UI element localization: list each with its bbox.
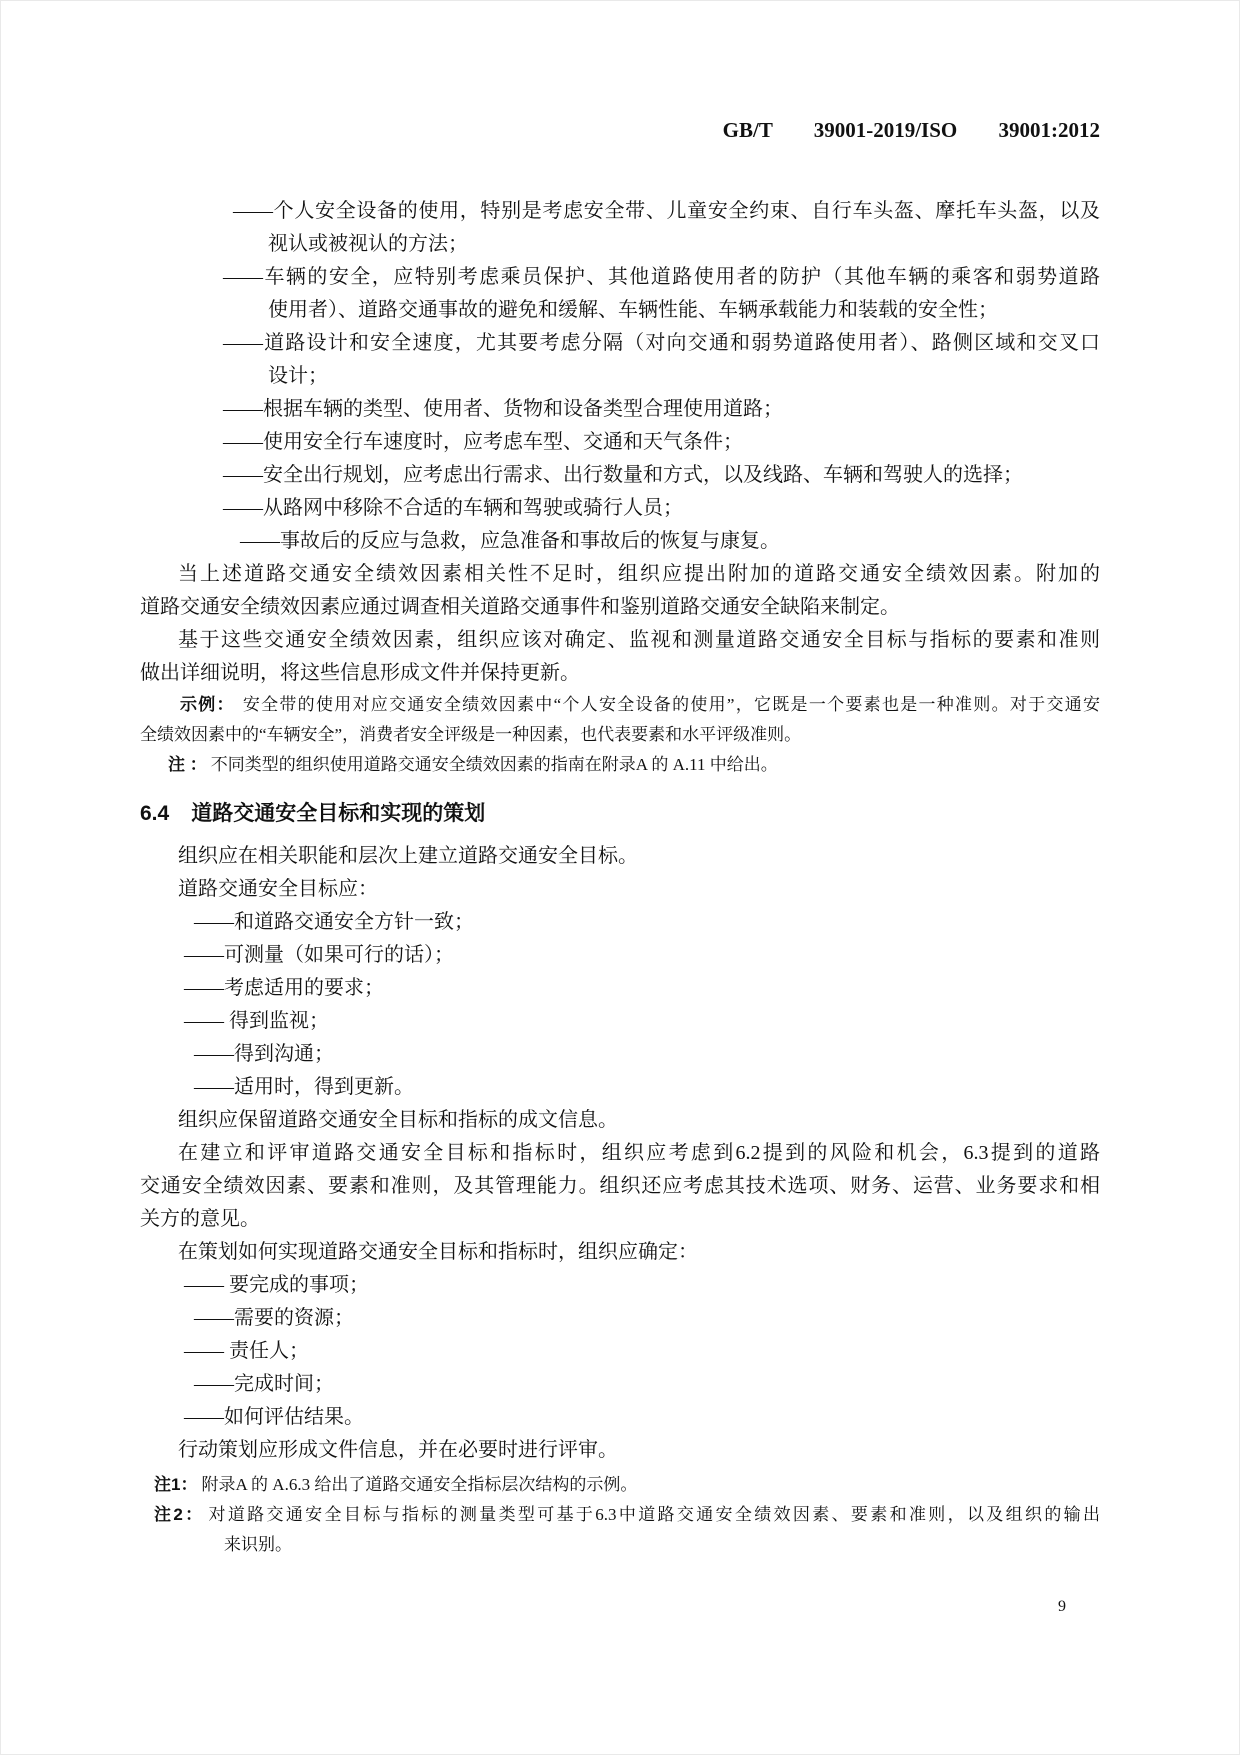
list-item: ——车辆的安全，应特别考虑乘员保护、其他道路使用者的防护（其他车辆的乘客和弱势道…	[223, 261, 1100, 294]
line-label: 注 ：	[168, 755, 207, 774]
document-page: GB/T 39001-2019/ISO 39001:2012 ——个人安全设备的…	[0, 0, 1240, 1755]
list-item: ——事故后的反应与急救，应急准备和事故后的恢复与康复。	[240, 525, 1100, 558]
list-item-continuation: 视认或被视认的方法；	[268, 228, 1100, 261]
list-item: ——得到沟通；	[194, 1038, 1100, 1071]
list-item: ——安全出行规划，应考虑出行需求、出行数量和方式，以及线路、车辆和驾驶人的选择；	[223, 459, 1100, 492]
list-item: ——可测量（如果可行的话）；	[184, 939, 1100, 972]
list-item: ——如何评估结果。	[184, 1401, 1100, 1434]
note-line: 来识别。	[224, 1530, 1100, 1560]
standard-code-number: 39001-2019/ISO	[814, 118, 958, 142]
paragraph-line: 在策划如何实现道路交通安全目标和指标时，组织应确定：	[178, 1236, 1100, 1269]
line-text: 对道路交通安全目标与指标的测量类型可基于6.3中道路交通安全绩效因素、要素和准则…	[208, 1505, 1100, 1524]
example-line: 示例：安全带的使用对应交通安全绩效因素中“个人安全设备的使用”，它既是一个要素也…	[180, 690, 1100, 720]
line-text: 道路交通安全目标和实现的策划	[191, 802, 485, 825]
note-line: 注1：附录A 的 A.6.3 给出了道路交通安全指标层次结构的示例。	[154, 1470, 1100, 1500]
example-line: 全绩效因素中的“车辆安全”，消费者安全评级是一种因素，也代表要素和水平评级准则。	[140, 720, 1100, 750]
list-item: —— 要完成的事项；	[184, 1269, 1100, 1302]
paragraph-line: 道路交通安全目标应：	[178, 873, 1100, 906]
list-item: ——适用时，得到更新。	[194, 1071, 1100, 1104]
paragraph-line: 基于这些交通安全绩效因素，组织应该对确定、监视和测量道路交通安全目标与指标的要素…	[178, 624, 1100, 657]
line-label: 注2：	[154, 1505, 204, 1524]
list-item: ——和道路交通安全方针一致；	[194, 906, 1100, 939]
list-item: —— 责任人；	[184, 1335, 1100, 1368]
line-text: 附录A 的 A.6.3 给出了道路交通安全指标层次结构的示例。	[201, 1475, 637, 1494]
line-text: 不同类型的组织使用道路交通安全绩效因素的指南在附录A 的 A.11 中给出。	[211, 755, 778, 774]
list-item: ——需要的资源；	[194, 1302, 1100, 1335]
paragraph-line: 组织应在相关职能和层次上建立道路交通安全目标。	[178, 840, 1100, 873]
standard-code-iso: 39001:2012	[999, 118, 1101, 142]
list-item: ——从路网中移除不合适的车辆和驾驶或骑行人员；	[223, 492, 1100, 525]
list-item-continuation: 使用者）、道路交通事故的避免和缓解、车辆性能、车辆承载能力和装载的安全性；	[268, 294, 1100, 327]
line-text: 安全带的使用对应交通安全绩效因素中“个人安全设备的使用”，它既是一个要素也是一种…	[243, 695, 1100, 714]
paragraph-line: 在建立和评审道路交通安全目标和指标时，组织应考虑到6.2提到的风险和机会，6.3…	[178, 1137, 1100, 1170]
list-item: ——完成时间；	[194, 1368, 1100, 1401]
list-item: ——道路设计和安全速度，尤其要考虑分隔（对向交通和弱势道路使用者）、路侧区域和交…	[223, 327, 1100, 360]
list-item: ——使用安全行车速度时，应考虑车型、交通和天气条件；	[223, 426, 1100, 459]
note-line: 注 ：不同类型的组织使用道路交通安全绩效因素的指南在附录A 的 A.11 中给出…	[168, 750, 1100, 780]
line-label: 注1：	[154, 1475, 197, 1494]
paragraph-line: 做出详细说明，将这些信息形成文件并保持更新。	[140, 657, 1100, 690]
list-item: ——个人安全设备的使用，特别是考虑安全带、儿童安全约束、自行车头盔、摩托车头盔，…	[233, 195, 1100, 228]
paragraph-line: 交通安全绩效因素、要素和准则，及其管理能力。组织还应考虑其技术选项、财务、运营、…	[140, 1170, 1100, 1203]
page-number: 9	[1058, 1598, 1066, 1616]
paragraph-line: 道路交通安全绩效因素应通过调查相关道路交通事件和鉴别道路交通安全缺陷来制定。	[140, 591, 1100, 624]
section-heading: 6.4道路交通安全目标和实现的策划	[140, 793, 1100, 835]
document-body: ——个人安全设备的使用，特别是考虑安全带、儿童安全约束、自行车头盔、摩托车头盔，…	[140, 188, 1100, 1560]
section-number: 6.4	[140, 802, 169, 825]
list-item: ——根据车辆的类型、使用者、货物和设备类型合理使用道路；	[223, 393, 1100, 426]
paragraph-line: 当上述道路交通安全绩效因素相关性不足时，组织应提出附加的道路交通安全绩效因素。附…	[178, 558, 1100, 591]
paragraph-line: 关方的意见。	[140, 1203, 1100, 1236]
list-item: ——考虑适用的要求；	[184, 972, 1100, 1005]
paragraph-line: 组织应保留道路交通安全目标和指标的成文信息。	[178, 1104, 1100, 1137]
paragraph-line: 行动策划应形成文件信息，并在必要时进行评审。	[178, 1434, 1100, 1467]
note-line: 注2：对道路交通安全目标与指标的测量类型可基于6.3中道路交通安全绩效因素、要素…	[154, 1500, 1100, 1530]
list-item: —— 得到监视；	[184, 1005, 1100, 1038]
list-item-continuation: 设计；	[268, 360, 1100, 393]
standard-code-prefix: GB/T	[723, 118, 773, 142]
page-header: GB/T 39001-2019/ISO 39001:2012	[140, 118, 1100, 143]
line-label: 示例：	[180, 695, 235, 714]
